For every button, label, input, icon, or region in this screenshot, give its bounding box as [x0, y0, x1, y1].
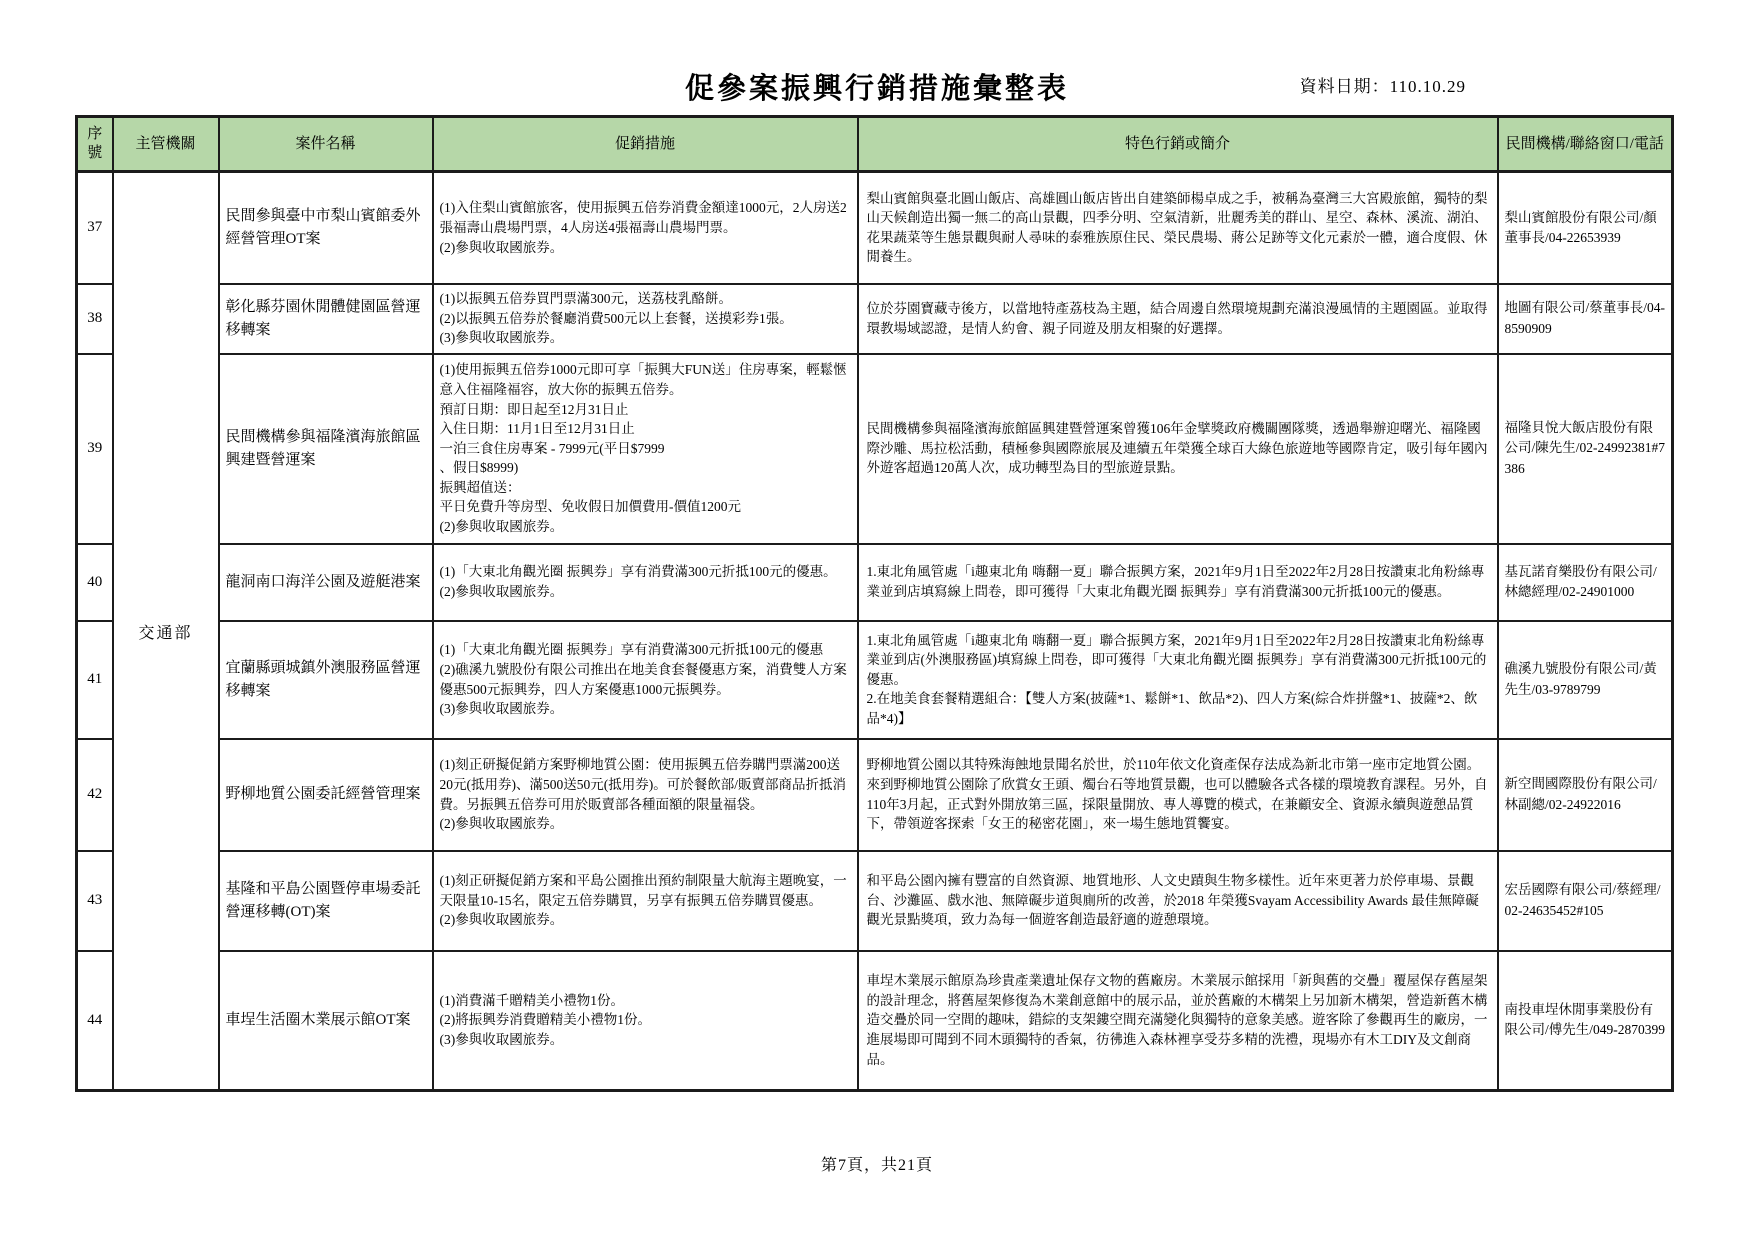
- contact-cell: 梨山賓館股份有限公司/顏董事長/04-22653939: [1498, 172, 1673, 284]
- feature-cell: 民間機構參與福隆濱海旅館區興建暨營運案曾獲106年金擘獎政府機關團隊獎，透過舉辦…: [858, 354, 1498, 544]
- contact-cell: 南投車埕休閒事業股份有限公司/傅先生/049-2870399: [1498, 951, 1673, 1091]
- contact-cell: 福隆貝悅大飯店股份有限公司/陳先生/02-24992381#7386: [1498, 354, 1673, 544]
- promotion-cell: (1)使用振興五倍券1000元即可享「振興大FUN送」住房專案，輕鬆愜意入住福隆…: [433, 354, 858, 544]
- serial-cell: 43: [77, 851, 113, 951]
- case-name-cell: 龍洞南口海洋公園及遊艇港案: [219, 544, 433, 621]
- table-body: 37交通部民間參與臺中市梨山賓館委外經營管理OT案(1)入住梨山賓館旅客，使用振…: [77, 172, 1673, 1091]
- serial-cell: 42: [77, 739, 113, 851]
- feature-cell: 梨山賓館與臺北圓山飯店、高雄圓山飯店皆出自建築師楊卓成之手，被稱為臺灣三大宮殿旅…: [858, 172, 1498, 284]
- document-page: 促參案振興行銷措施彙整表 資料日期：110.10.29 序號主管機關案件名稱促銷…: [0, 0, 1754, 1240]
- table-row: 40龍洞南口海洋公園及遊艇港案(1)「大東北角觀光圈 振興券」享有消費滿300元…: [77, 544, 1673, 621]
- promotion-cell: (1)消費滿千贈精美小禮物1份。 (2)將振興券消費贈精美小禮物1份。 (3)參…: [433, 951, 858, 1091]
- table-row: 37交通部民間參與臺中市梨山賓館委外經營管理OT案(1)入住梨山賓館旅客，使用振…: [77, 172, 1673, 284]
- promotion-cell: (1)「大東北角觀光圈 振興券」享有消費滿300元折抵100元的優惠 (2)礁溪…: [433, 621, 858, 739]
- promotion-cell: (1)以振興五倍券買門票滿300元，送荔枝乳酪餅。 (2)以振興五倍券於餐廳消費…: [433, 284, 858, 354]
- promotion-cell: (1)入住梨山賓館旅客，使用振興五倍券消費金額達1000元，2人房送2張福壽山農…: [433, 172, 858, 284]
- case-name-cell: 基隆和平島公園暨停車場委託營運移轉(OT)案: [219, 851, 433, 951]
- page-title: 促參案振興行銷措施彙整表: [0, 66, 1754, 107]
- agency-cell: 交通部: [113, 172, 219, 1091]
- data-table: 序號主管機關案件名稱促銷措施特色行銷或簡介民間機構/聯絡窗口/電話 37交通部民…: [75, 115, 1674, 1092]
- page-number: 第7頁，共21頁: [0, 1152, 1754, 1175]
- serial-cell: 44: [77, 951, 113, 1091]
- case-name-cell: 宜蘭縣頭城鎮外澳服務區營運移轉案: [219, 621, 433, 739]
- feature-cell: 車埕木業展示館原為珍貴產業遺址保存文物的舊廠房。木業展示館採用「新與舊的交疊」覆…: [858, 951, 1498, 1091]
- case-name-cell: 民間機構參與福隆濱海旅館區興建暨營運案: [219, 354, 433, 544]
- promotion-cell: (1)「大東北角觀光圈 振興券」享有消費滿300元折抵100元的優惠。 (2)參…: [433, 544, 858, 621]
- contact-cell: 宏岳國際有限公司/蔡經理/02-24635452#105: [1498, 851, 1673, 951]
- col-header-3: 促銷措施: [433, 117, 858, 172]
- serial-cell: 39: [77, 354, 113, 544]
- col-header-1: 主管機關: [113, 117, 219, 172]
- contact-cell: 地圖有限公司/蔡董事長/04-8590909: [1498, 284, 1673, 354]
- serial-cell: 41: [77, 621, 113, 739]
- serial-cell: 37: [77, 172, 113, 284]
- col-header-5: 民間機構/聯絡窗口/電話: [1498, 117, 1673, 172]
- data-date-label: 資料日期：110.10.29: [1300, 72, 1466, 97]
- promotion-cell: (1)刻正研擬促銷方案野柳地質公園：使用振興五倍券購門票滿200送20元(抵用券…: [433, 739, 858, 851]
- feature-cell: 野柳地質公園以其特殊海蝕地景聞名於世，於110年依文化資產保存法成為新北市第一座…: [858, 739, 1498, 851]
- promotion-cell: (1)刻正研擬促銷方案和平島公園推出預約制限量大航海主題晚宴，一天限量10-15…: [433, 851, 858, 951]
- serial-cell: 40: [77, 544, 113, 621]
- contact-cell: 礁溪九號股份有限公司/黃先生/03-9789799: [1498, 621, 1673, 739]
- contact-cell: 新空間國際股份有限公司/林副總/02-24922016: [1498, 739, 1673, 851]
- header-row: 序號主管機關案件名稱促銷措施特色行銷或簡介民間機構/聯絡窗口/電話: [77, 117, 1673, 172]
- feature-cell: 1.東北角風管處「i趣東北角 嗨翻一夏」聯合振興方案，2021年9月1日至202…: [858, 621, 1498, 739]
- feature-cell: 1.東北角風管處「i趣東北角 嗨翻一夏」聯合振興方案，2021年9月1日至202…: [858, 544, 1498, 621]
- feature-cell: 和平島公園內擁有豐富的自然資源、地質地形、人文史蹟與生物多樣性。近年來更著力於停…: [858, 851, 1498, 951]
- feature-cell: 位於芬園寶藏寺後方，以當地特產荔枝為主題，結合周邊自然環境規劃充滿浪漫風情的主題…: [858, 284, 1498, 354]
- contact-cell: 基瓦諾育樂股份有限公司/林總經理/02-24901000: [1498, 544, 1673, 621]
- table-row: 39民間機構參與福隆濱海旅館區興建暨營運案(1)使用振興五倍券1000元即可享「…: [77, 354, 1673, 544]
- case-name-cell: 民間參與臺中市梨山賓館委外經營管理OT案: [219, 172, 433, 284]
- serial-cell: 38: [77, 284, 113, 354]
- table-row: 42野柳地質公園委託經營管理案(1)刻正研擬促銷方案野柳地質公園：使用振興五倍券…: [77, 739, 1673, 851]
- table-row: 41宜蘭縣頭城鎮外澳服務區營運移轉案(1)「大東北角觀光圈 振興券」享有消費滿3…: [77, 621, 1673, 739]
- col-header-0: 序號: [77, 117, 113, 172]
- case-name-cell: 彰化縣芬園休閒體健園區營運移轉案: [219, 284, 433, 354]
- col-header-2: 案件名稱: [219, 117, 433, 172]
- table-row: 38彰化縣芬園休閒體健園區營運移轉案(1)以振興五倍券買門票滿300元，送荔枝乳…: [77, 284, 1673, 354]
- case-name-cell: 車埕生活圈木業展示館OT案: [219, 951, 433, 1091]
- table-row: 43基隆和平島公園暨停車場委託營運移轉(OT)案(1)刻正研擬促銷方案和平島公園…: [77, 851, 1673, 951]
- case-name-cell: 野柳地質公園委託經營管理案: [219, 739, 433, 851]
- table-row: 44車埕生活圈木業展示館OT案(1)消費滿千贈精美小禮物1份。 (2)將振興券消…: [77, 951, 1673, 1091]
- col-header-4: 特色行銷或簡介: [858, 117, 1498, 172]
